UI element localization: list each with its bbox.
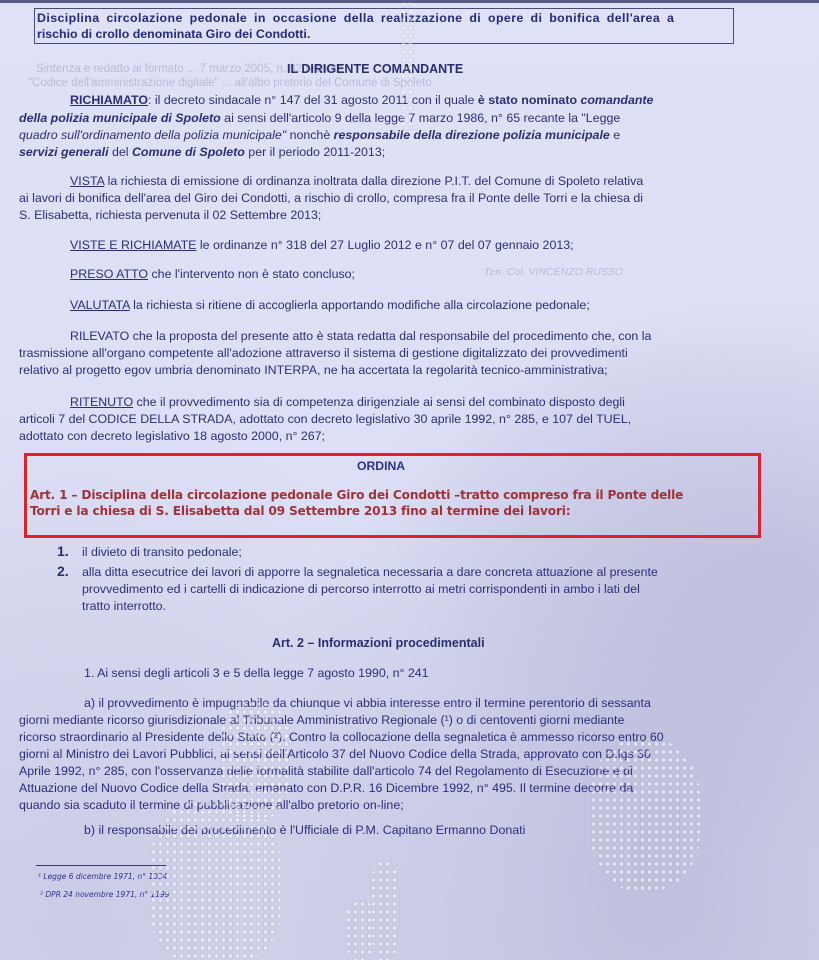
richiamato-line-3: quadro sull'ordinamento della polizia mu… xyxy=(19,128,620,143)
footnote-2: ² DPR 24 novembre 1971, n° 1199 xyxy=(40,890,170,899)
rilevato-line-2: trasmissione all'organo competente all'a… xyxy=(19,346,628,361)
ritenuto-label: RITENUTO xyxy=(70,395,133,409)
photo-edge xyxy=(0,0,819,3)
article-2-b-line: b) il responsabile del procedimento è l'… xyxy=(84,823,525,838)
article-2-a-line-6: Attuazione del Nuovo Codice della Strada… xyxy=(19,781,633,796)
viste-label: VISTE E RICHIAMATE xyxy=(70,238,196,252)
article-2-a-line-5: Aprile 1992, n° 285, con l'osservanza de… xyxy=(19,764,633,779)
vista-line-2: ai lavori di bonifica dell'area del Giro… xyxy=(19,191,643,206)
richiamato-line-4: servizi generali del Comune di Spoleto p… xyxy=(19,145,385,160)
list-item-2-line-2: provvedimento ed i cartelli di indicazio… xyxy=(82,582,640,597)
valutata-label: VALUTATA xyxy=(70,298,130,312)
heading-dirigente: IL DIRIGENTE COMANDANTE xyxy=(287,62,463,76)
richiamato-line-1: RICHIAMATO: il decreto sindacale n° 147 … xyxy=(70,93,653,108)
article-2-para-1: 1. Ai sensi degli articoli 3 e 5 della l… xyxy=(84,666,429,681)
water-damage xyxy=(370,860,400,960)
ritenuto-line-1: RITENUTO che il provvedimento sia di com… xyxy=(70,395,625,410)
ritenuto-line-2: articoli 7 del CODICE DELLA STRADA, adot… xyxy=(19,412,631,427)
document-page: Disciplina circolazione pedonale in occa… xyxy=(0,0,819,960)
ritenuto-line-3: adottato con decreto legislativo 18 agos… xyxy=(19,429,325,444)
article-2-a-line-2: giorni mediante ricorso giurisdizionale … xyxy=(19,713,624,728)
valutata-line: VALUTATA la richiesta si ritiene di acco… xyxy=(70,298,590,313)
preso-atto-label: PRESO ATTO xyxy=(70,267,148,281)
list-number-2: 2. xyxy=(57,563,69,579)
article-2-heading: Art. 2 – Informazioni procedimentali xyxy=(272,636,485,650)
rilevato-line-3: relativo al progetto egov umbria denomin… xyxy=(19,363,608,378)
rilevato-line-1: RILEVATO che la proposta del presente at… xyxy=(70,329,651,344)
subject-line-2: rischio di crollo denominata Giro dei Co… xyxy=(37,26,731,42)
subject-box: Disciplina circolazione pedonale in occa… xyxy=(34,8,734,44)
vista-line-1: VISTA la richiesta di emissione di ordin… xyxy=(70,174,643,189)
vista-label: VISTA xyxy=(70,174,104,188)
list-number-1: 1. xyxy=(57,543,69,559)
article-1-line-1: Art. 1 – Disciplina della circolazione p… xyxy=(30,488,683,502)
water-damage xyxy=(590,740,700,890)
ordina-heading: ORDINA xyxy=(357,459,405,473)
ghost-signature: Ten. Col. VINCENZO RUSSO xyxy=(484,265,623,280)
viste-line: VISTE E RICHIAMATE le ordinanze n° 318 d… xyxy=(70,238,574,253)
article-2-a-line-7: quando sia scaduto il termine di pubblic… xyxy=(19,798,404,813)
vista-line-3: S. Elisabetta, richiesta pervenuta il 02… xyxy=(19,208,321,223)
list-item-2-line-3: tratto interrotto. xyxy=(82,599,166,614)
article-1-line-2: Torri e la chiesa di S. Elisabetta dal 0… xyxy=(30,504,570,518)
richiamato-line-2: della polizia municipale di Spoleto ai s… xyxy=(19,111,620,126)
list-item-1: il divieto di transito pedonale; xyxy=(82,545,242,560)
article-2-a-line-3: ricorso straordinario al Presidente dell… xyxy=(19,730,664,745)
footnote-rule xyxy=(36,865,166,866)
richiamato-label: RICHIAMATO xyxy=(70,93,148,107)
water-damage xyxy=(345,900,375,960)
subject-line-1: Disciplina circolazione pedonale in occa… xyxy=(37,10,731,26)
preso-atto-line: PRESO ATTO che l'intervento non è stato … xyxy=(70,267,355,282)
list-item-2-line-1: alla ditta esecutrice dei lavori di appo… xyxy=(82,565,658,580)
ghost-text-2: "Codice dell'amministrazione digitale" .… xyxy=(28,76,432,91)
article-2-a-line-1: a) il provvedimento è impugnabile da chi… xyxy=(84,696,651,711)
article-2-a-line-4: giorni al Ministro dei Lavori Pubblici, … xyxy=(19,747,651,762)
footnote-1: ¹ Legge 6 dicembre 1971, n° 1034 xyxy=(38,872,167,881)
